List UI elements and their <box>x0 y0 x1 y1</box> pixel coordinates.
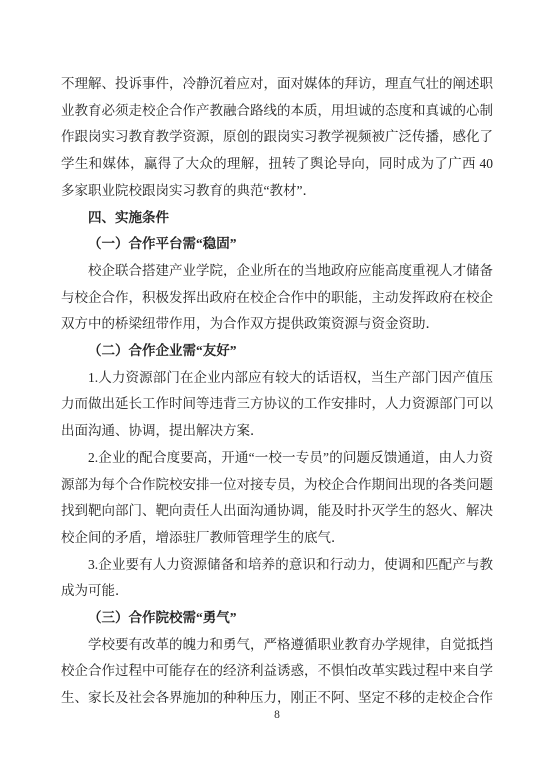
paragraph: 3.企业要有人力资源储备和培养的意识和行动力，使调和匹配产与教成为可能． <box>61 552 493 605</box>
page-number: 8 <box>0 708 554 722</box>
paragraph: 校企联合搭建产业学院，企业所在的当地政府应能高度重视人才储备与校企合作，积极发挥… <box>61 258 493 338</box>
paragraph: 2.企业的配合度要高，开通“一校一专员”的问题反馈通道，由人力资源部为每个合作院… <box>61 445 493 552</box>
page-content: 不理解、投诉事件，冷静沉着应对，面对媒体的拜访，理直气壮的阐述职业教育必须走校企… <box>61 71 493 712</box>
section-heading: （一）合作平台需“稳固” <box>61 231 493 258</box>
section-heading: （三）合作院校需“勇气” <box>61 605 493 632</box>
paragraph: 不理解、投诉事件，冷静沉着应对，面对媒体的拜访，理直气壮的阐述职业教育必须走校企… <box>61 71 493 205</box>
section-heading: （二）合作企业需“友好” <box>61 338 493 365</box>
paragraph: 学校要有改革的魄力和勇气，严格遵循职业教育办学规律，自觉抵挡校企合作过程中可能存… <box>61 632 493 712</box>
document-page: 不理解、投诉事件，冷静沉着应对，面对媒体的拜访，理直气壮的阐述职业教育必须走校企… <box>0 0 554 784</box>
paragraph: 1.人力资源部门在企业内部应有较大的话语权，当生产部门因产值压力而做出延长工作时… <box>61 365 493 445</box>
section-heading: 四、实施条件 <box>61 205 493 232</box>
